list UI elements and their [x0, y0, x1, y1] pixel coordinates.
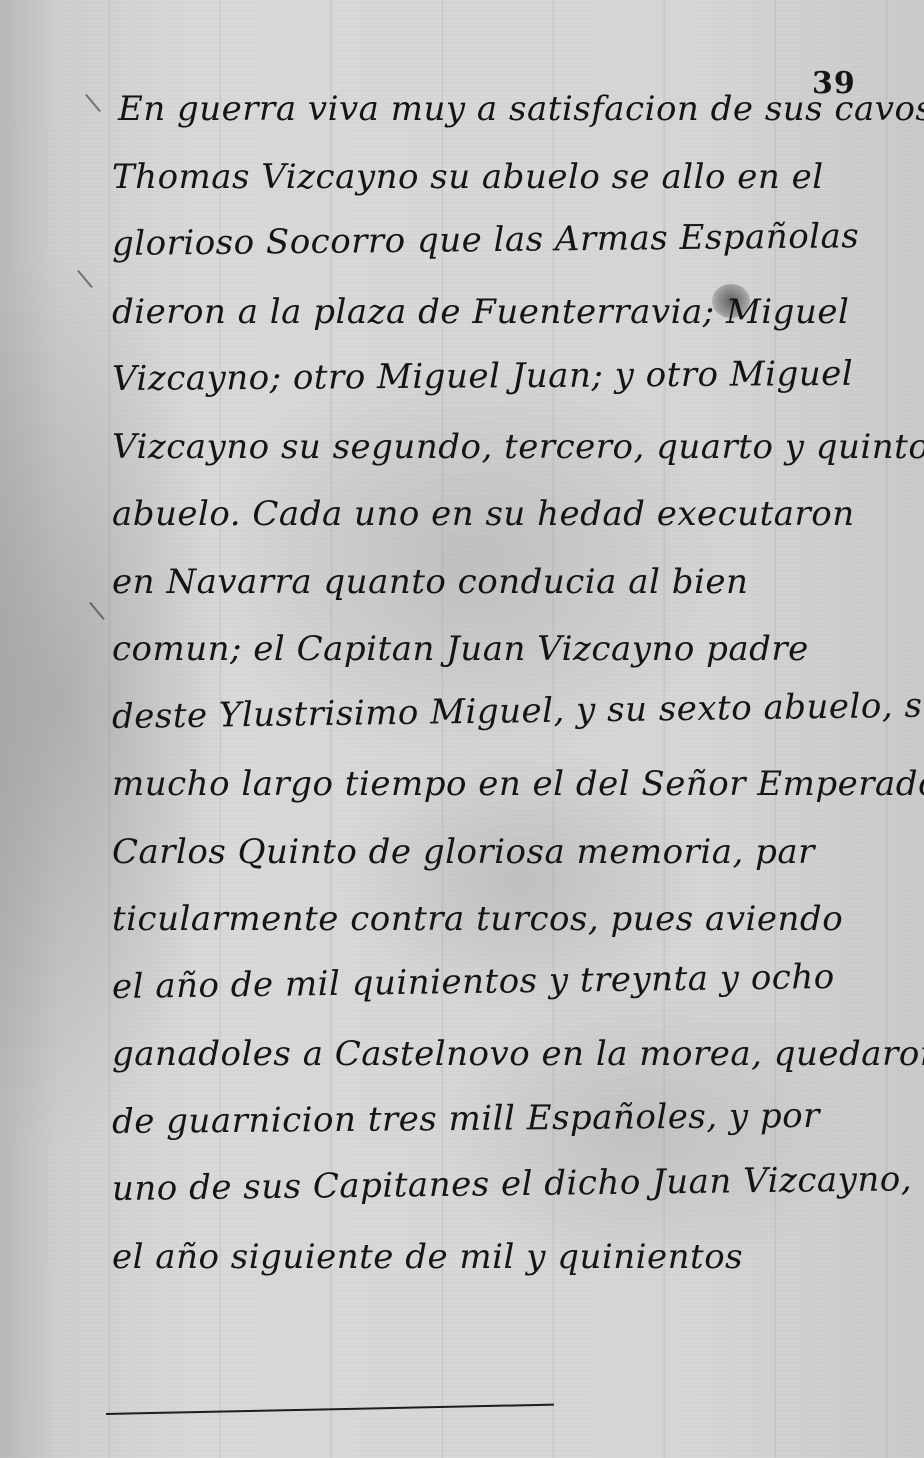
text-line: en Navarra quanto conducia al bien: [112, 549, 812, 617]
text-line: Thomas Vizcayno su abuelo se allo en el: [112, 144, 812, 212]
text-line: Carlos Quinto de gloriosa memoria, par: [112, 819, 812, 887]
manuscript-page: 39 En guerra viva muy a satisfacion de s…: [0, 0, 924, 1458]
text-line: abuelo. Cada uno en su hedad executaron: [112, 481, 812, 549]
margin-mark: [85, 94, 101, 112]
text-line: el año siguiente de mil y quinientos: [112, 1224, 812, 1292]
text-line: el año de mil quinientos y treynta y och…: [112, 944, 813, 1021]
text-line: Vizcayno su segundo, tercero, quarto y q…: [112, 414, 812, 482]
margin-mark: [77, 270, 93, 288]
text-line: de guarnicion tres mill Españoles, y por: [112, 1082, 813, 1156]
manuscript-text: En guerra viva muy a satisfacion de sus …: [112, 76, 812, 1291]
text-line: glorioso Socorro que las Armas Españolas: [112, 204, 813, 279]
text-line: ticularmente contra turcos, pues aviendo: [112, 886, 812, 954]
text-line: Vizcayno; otro Miguel Juan; y otro Migue…: [112, 341, 812, 413]
closing-rule-line: [106, 1404, 554, 1415]
text-line: comun; el Capitan Juan Vizcayno padre: [112, 616, 812, 684]
margin-mark: [89, 602, 105, 620]
text-line: ganadoles a Castelnovo en la morea, qued…: [112, 1021, 812, 1089]
text-line: dieron a la plaza de Fuenterravia; Migue…: [112, 279, 812, 347]
text-line: deste Ylustrisimo Miguel, y su sexto abu…: [112, 674, 813, 751]
text-line: mucho largo tiempo en el del Señor Emper…: [112, 751, 812, 819]
text-line: En guerra viva muy a satisfacion de sus …: [112, 76, 812, 144]
text-line: uno de sus Capitanes el dicho Juan Vizca…: [112, 1147, 813, 1223]
